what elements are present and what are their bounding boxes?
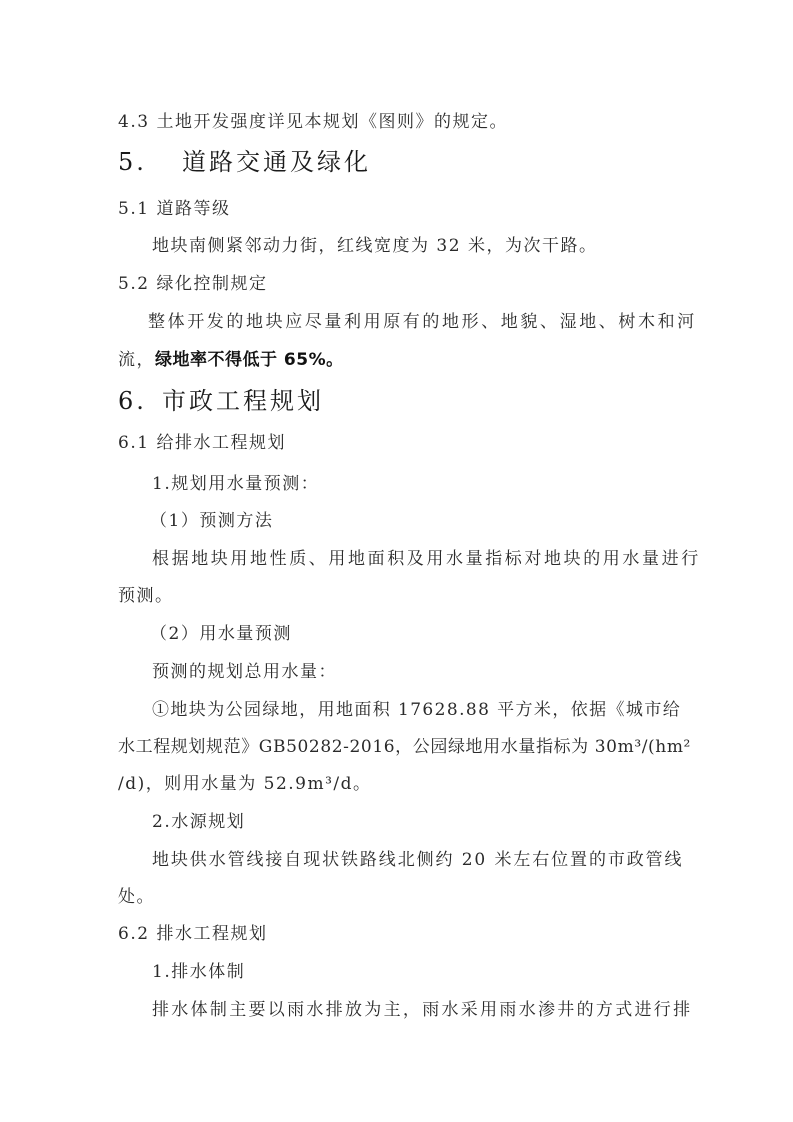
section-5-2: 5.2 绿化控制规定 xyxy=(118,273,267,295)
heading-5: 5.道路交通及绿化 xyxy=(118,147,371,177)
section-6-1: 6.1 给排水工程规划 xyxy=(118,432,286,454)
section-6-2: 6.2 排水工程规划 xyxy=(118,923,267,945)
paragraph-road: 地块南侧紧邻动力街，红线宽度为 32 米，为次干路。 xyxy=(152,235,597,257)
heading-5-title: 道路交通及绿化 xyxy=(182,148,371,176)
item-1-2-forecast: （2）用水量预测 xyxy=(150,623,292,645)
heading-6-title: 市政工程规划 xyxy=(162,387,324,415)
green-ratio-emphasis: 绿地率不得低于 65%。 xyxy=(155,350,344,370)
paragraph-source-line1: 地块供水管线接自现状铁路线北侧约 20 米左右位置的市政管线 xyxy=(152,849,683,871)
paragraph-green-line1: 整体开发的地块应尽量利用原有的地形、地貌、湿地、树木和河 xyxy=(148,311,697,333)
item-1-water-forecast: 1.规划用水量预测： xyxy=(152,473,319,495)
paragraph-drainage-line1: 排水体制主要以雨水排放为主，雨水采用雨水渗井的方式进行排 xyxy=(152,999,692,1021)
paragraph-source-line2: 处。 xyxy=(118,886,155,908)
paragraph-method-line2: 预测。 xyxy=(118,585,174,607)
paragraph-calc-line1: ①地块为公园绿地，用地面积 17628.88 平方米，依据《城市给 xyxy=(152,699,681,721)
document-page: 4.3 土地开发强度详见本规划《图则》的规定。 5.道路交通及绿化 5.1 道路… xyxy=(0,0,793,1122)
section-4-3: 4.3 土地开发强度详见本规划《图则》的规定。 xyxy=(118,111,508,133)
section-5-1: 5.1 道路等级 xyxy=(118,198,230,220)
paragraph-forecast-total: 预测的规划总用水量： xyxy=(152,661,337,683)
heading-6-number: 6. xyxy=(118,386,162,416)
paragraph-calc-line3: /d)，则用水量为 52.9m³/d。 xyxy=(118,773,372,795)
item-1-1-method: （1）预测方法 xyxy=(150,510,273,532)
green-text-normal: 流， xyxy=(118,350,155,370)
paragraph-calc-line2: 水工程规划规范》GB50282-2016，公园绿地用水量指标为 30m³/(hm… xyxy=(118,736,691,758)
item-2-water-source: 2.水源规划 xyxy=(152,811,245,833)
paragraph-method-line1: 根据地块用地性质、用地面积及用水量指标对地块的用水量进行 xyxy=(152,548,701,570)
item-1-drainage-system: 1.排水体制 xyxy=(152,961,245,983)
heading-6: 6.市政工程规划 xyxy=(118,386,324,416)
paragraph-green-line2: 流，绿地率不得低于 65%。 xyxy=(118,349,344,371)
heading-5-number: 5. xyxy=(118,147,182,177)
